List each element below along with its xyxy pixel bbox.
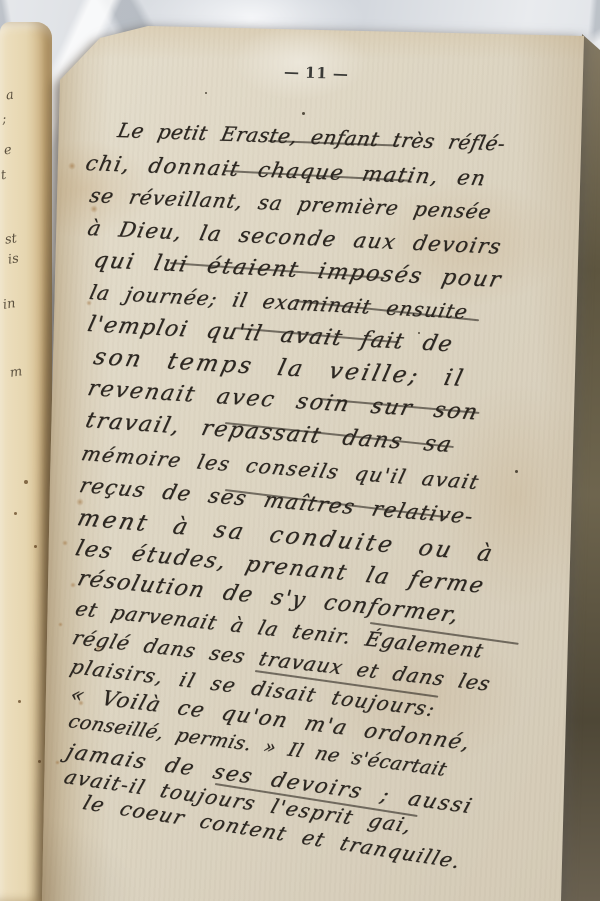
foxing-spot [90, 205, 98, 213]
ink-speck [252, 562, 254, 564]
page-number-dash-right: — [333, 65, 350, 84]
ink-speck [515, 470, 518, 473]
ink-speck [150, 642, 152, 644]
foxing-spot [95, 645, 102, 652]
foxing-spot [78, 700, 84, 706]
foxing-spot [58, 622, 63, 627]
foxing-spot [55, 760, 60, 765]
page-number-value: 11 [305, 64, 328, 83]
ink-speck [470, 212, 472, 214]
ink-speck [205, 92, 207, 94]
photo-of-manuscript-book: a ; e t st is in m —11— Le petit Eraste,… [0, 0, 600, 901]
ink-speck [302, 112, 305, 115]
page-number: —11— [284, 63, 349, 83]
foxing-spot [70, 582, 76, 588]
manuscript-page: —11— Le petit Eraste, enfant très réflé-… [0, 0, 600, 901]
ink-speck [418, 332, 420, 334]
foxing-spot [62, 540, 68, 546]
ink-speck [352, 752, 354, 754]
foxing-spot [86, 300, 92, 306]
handwritten-line: se réveillant, sa première pensée [87, 183, 494, 224]
manuscript-page-paper: —11— Le petit Eraste, enfant très réflé-… [0, 0, 600, 901]
handwritten-line: Le petit Eraste, enfant très réflé- [115, 118, 507, 155]
foxing-spot [76, 498, 84, 506]
page-number-dash-left: — [284, 63, 301, 82]
foxing-spot [68, 162, 76, 170]
